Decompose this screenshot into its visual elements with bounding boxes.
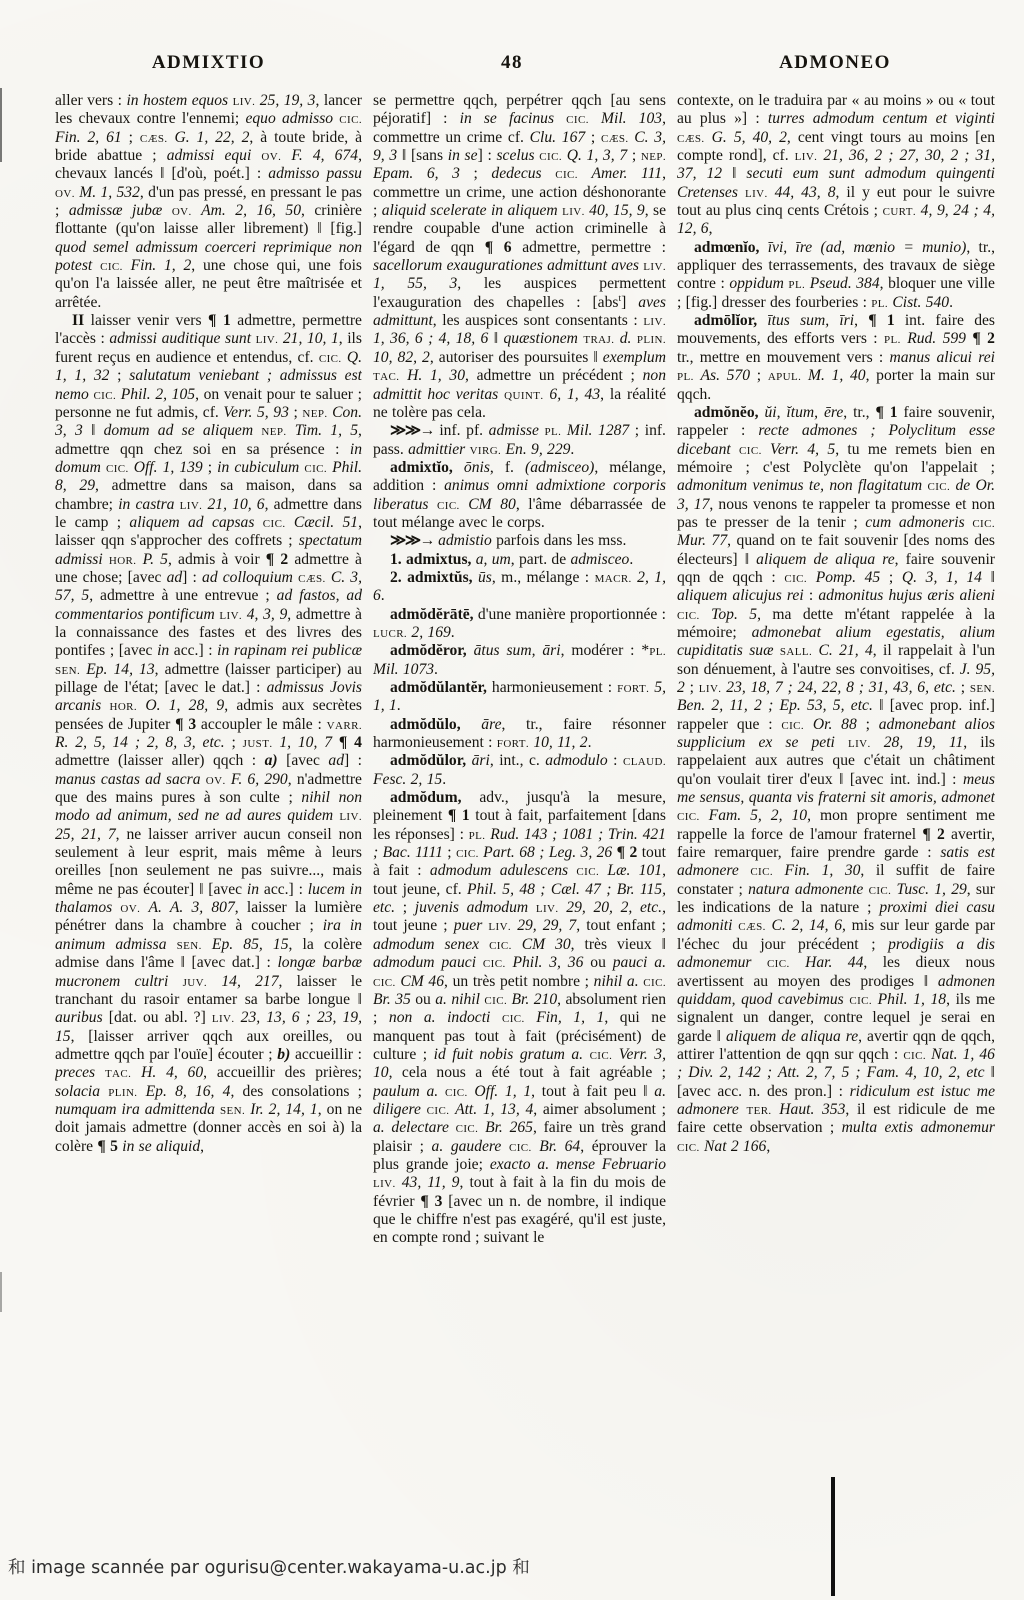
entry-paragraph: admōlĭor, ītus sum, īri, ¶ 1 int. faire …	[677, 312, 995, 404]
entry-paragraph: admŏdŭlantĕr, harmonieusement : Fort. 5,…	[373, 679, 666, 716]
entry-paragraph: admŏdĕrātē, d'une manière proportionnée …	[373, 606, 666, 643]
text-columns: aller vers : in hostem equos Liv. 25, 19…	[55, 92, 995, 1538]
column-2: se permettre qqch, perpétrer qqch [au se…	[373, 92, 666, 1538]
entry-paragraph: admŏdĕror, ātus sum, āri, modérer : *Pl.…	[373, 642, 666, 679]
running-head-right-word: ADMONEO	[675, 52, 995, 74]
scan-artifact-vertical-line	[831, 1477, 835, 1596]
scan-credit-text: 和 image scannée par ogurisu@center.wakay…	[8, 1554, 530, 1579]
running-head-left-word: ADMIXTIO	[55, 52, 362, 74]
entry-paragraph: II laisser venir vers ¶ 1 admettre, perm…	[55, 312, 362, 1156]
entry-paragraph: se permettre qqch, perpétrer qqch [au se…	[373, 92, 666, 422]
column-1: aller vers : in hostem equos Liv. 25, 19…	[55, 92, 362, 1538]
entry-paragraph: 1. admixtus, a, um, part. de admisceo.	[373, 551, 666, 569]
entry-paragraph: admŏdŭlo, āre, tr., faire résonner harmo…	[373, 716, 666, 753]
entry-paragraph: ≫≫→ admistio parfois dans les mss.	[373, 532, 666, 550]
column-3: contexte, on le traduira par « au moins …	[677, 92, 995, 1538]
entry-paragraph: admŏnĕo, ŭi, ĭtum, ēre, tr., ¶ 1 faire s…	[677, 404, 995, 1156]
scan-artifact-left-edge	[0, 1272, 2, 1312]
entry-paragraph: admixtĭo, ōnis, f. (admisceo), mélange, …	[373, 459, 666, 532]
entry-paragraph: admœnĭo, īvi, īre (ad, mœnio = munio), t…	[677, 239, 995, 312]
entry-paragraph: admŏdum, adv., jusqu'à la mesure, pleine…	[373, 789, 666, 1248]
entry-paragraph: admŏdŭlor, āri, int., c. admodulo : Clau…	[373, 752, 666, 789]
entry-paragraph: 2. admixtŭs, ūs, m., mélange : Macr. 2, …	[373, 569, 666, 606]
entry-paragraph: aller vers : in hostem equos Liv. 25, 19…	[55, 92, 362, 312]
entry-paragraph: ≫≫→ inf. pf. admisse Pl. Mil. 1287 ; inf…	[373, 422, 666, 459]
scan-artifact-left-edge	[0, 88, 2, 162]
entry-paragraph: contexte, on le traduira par « au moins …	[677, 92, 995, 239]
page-number: 48	[462, 52, 562, 74]
